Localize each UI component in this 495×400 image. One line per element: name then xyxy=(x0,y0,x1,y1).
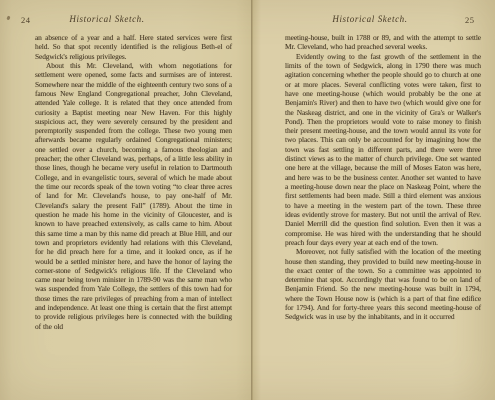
page-number-right: 25 xyxy=(465,15,475,25)
paragraph: meeting-house, built in 1788 or 89, and … xyxy=(285,33,481,52)
page-body-right: meeting-house, built in 1788 or 89, and … xyxy=(285,33,481,322)
page-24: 24 Historical Sketch. an absence of a ye… xyxy=(0,0,252,400)
paragraph: Moreover, not fully satisfied with the l… xyxy=(285,247,481,322)
paragraph: Evidently owing to the fast growth of th… xyxy=(285,52,481,248)
page-body-left: an absence of a year and a half. Here st… xyxy=(35,33,232,331)
page-25: Historical Sketch. 25 meeting-house, bui… xyxy=(252,0,495,400)
paragraph: an absence of a year and a half. Here st… xyxy=(35,33,232,61)
book-gutter xyxy=(251,0,253,400)
running-head-right: Historical Sketch. xyxy=(332,14,407,24)
paragraph: About this Mr. Cleveland, with whom nego… xyxy=(35,61,232,331)
paper-speck xyxy=(6,16,10,21)
page-number-left: 24 xyxy=(21,15,31,25)
running-head-left: Historical Sketch. xyxy=(69,14,144,24)
book-spread: 24 Historical Sketch. an absence of a ye… xyxy=(0,0,495,400)
